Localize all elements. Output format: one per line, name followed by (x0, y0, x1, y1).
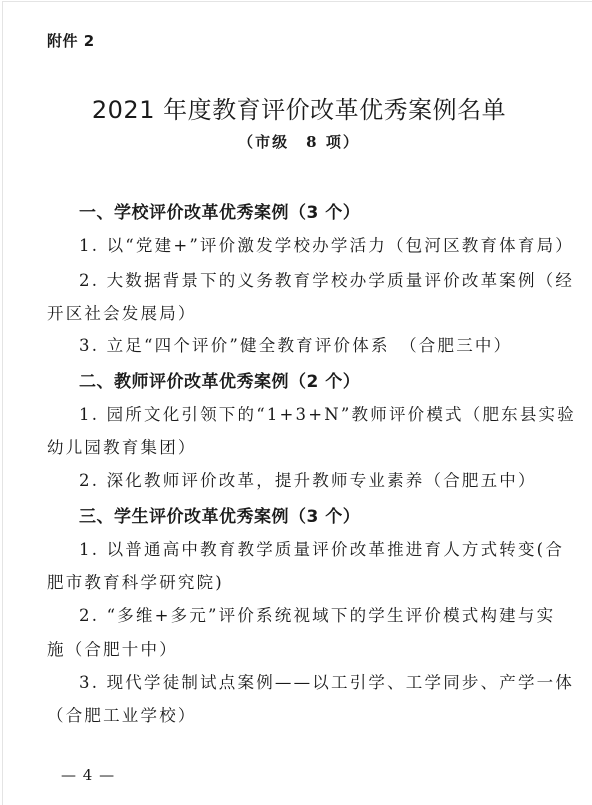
list-item: 1. 园所文化引领下的“1+3+N”教师评价模式（肥东县实验 (79, 401, 576, 425)
section-heading-teacher: 二、教师评价改革优秀案例（2 个） (79, 367, 360, 392)
list-item: 1. 以普通高中教育教学质量评价改革推进育人方式转变(合 (79, 536, 564, 560)
document-title: 2021 年度教育评价改革优秀案例名单 (3, 90, 592, 125)
page-number: — 4 — (61, 766, 115, 784)
list-item: 2. “多维+多元”评价系统视域下的学生评价模式构建与实 (79, 602, 555, 626)
attachment-label: 附件 2 (47, 30, 95, 51)
section-heading-student: 三、学生评价改革优秀案例（3 个） (79, 502, 360, 527)
section-heading-school: 一、学校评价改革优秀案例（3 个） (79, 198, 360, 223)
list-item: 2. 大数据背景下的义务教育学校办学质量评价改革案例（经 (79, 267, 574, 291)
list-item: 1. 以“党建+”评价激发学校办学活力（包河区教育体育局） (79, 232, 574, 256)
document-subtitle: （市级 8 项） (3, 131, 592, 152)
list-item: 3. 现代学徒制试点案例——以工引学、工学同步、产学一体 (79, 669, 574, 693)
list-item: 3. 立足“四个评价”健全教育评价体系 （合肥三中） (79, 332, 512, 356)
list-item: 2. 深化教师评价改革，提升教师专业素养（合肥五中） (79, 467, 537, 491)
list-item-continuation: 开区社会发展局） (47, 300, 197, 324)
list-item-continuation: 施（合肥十中） (47, 636, 178, 660)
document-page: 附件 2 2021 年度教育评价改革优秀案例名单 （市级 8 项） 一、学校评价… (2, 1, 592, 805)
list-item-continuation: （合肥工业学校） (47, 702, 197, 726)
list-item-continuation: 肥市教育科学研究院) (47, 569, 224, 593)
list-item-continuation: 幼儿园教育集团） (47, 434, 197, 458)
